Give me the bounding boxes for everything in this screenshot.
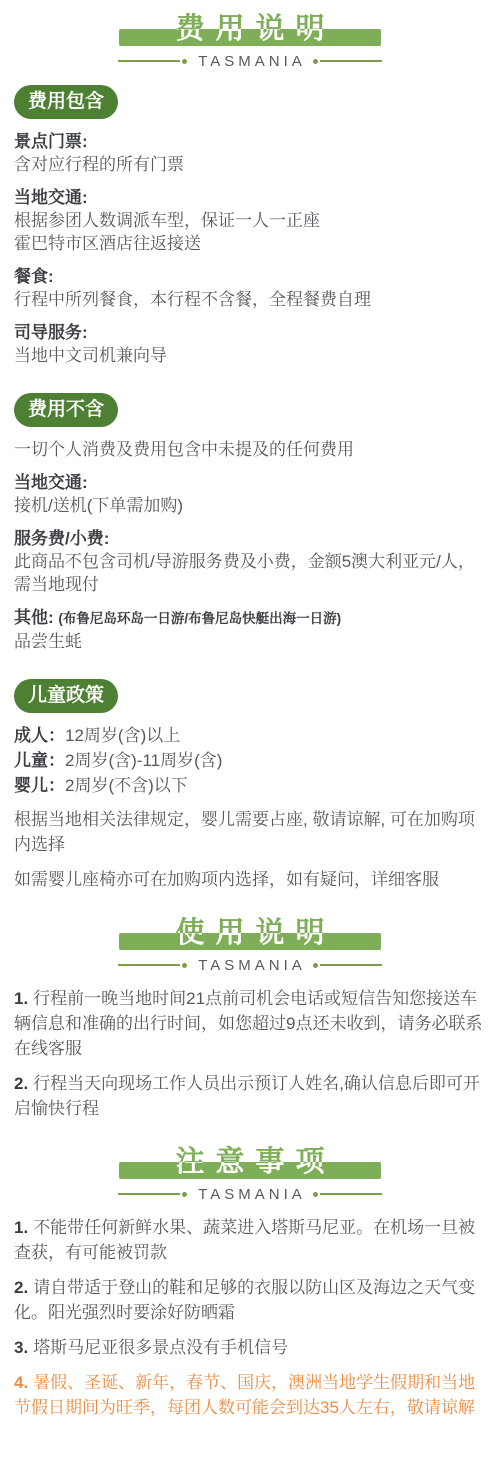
divider-line <box>320 1193 382 1195</box>
item-text: 暑假、圣诞、新年，春节、国庆，澳洲当地学生假期和当地节假日期间为旺季，每团人数可… <box>14 1373 475 1417</box>
group-line: 含对应行程的所有门票 <box>14 153 486 176</box>
age-value: 2周岁(含)-11周岁(含) <box>65 751 222 770</box>
child-policy-note: 如需婴儿座椅亦可在加购项内选择，如有疑问，详细客服 <box>14 867 486 892</box>
usage-items: 1.行程前一晚当地时间21点前司机会电话或短信告知您接送车辆信息和准确的出行时间… <box>0 986 500 1121</box>
divider-dot <box>313 59 318 64</box>
tasmania-divider: TASMANIA <box>0 957 500 973</box>
divider-dot <box>313 963 318 968</box>
numbered-item-highlighted: 4.暑假、圣诞、新年，春节、国庆，澳洲当地学生假期和当地节假日期间为旺季，每团人… <box>14 1370 486 1420</box>
item-text: 行程前一晚当地时间21点前司机会电话或短信告知您接送车辆信息和准确的出行时间，如… <box>14 989 482 1058</box>
divider-line <box>118 964 180 966</box>
group-heading: 服务费/小费: <box>14 527 486 550</box>
fee-exclude-intro: 一切个人消费及费用包含中未提及的任何费用 <box>14 438 486 461</box>
fee-include-badge: 费用包含 <box>14 85 118 119</box>
item-number: 1. <box>14 1218 28 1237</box>
age-row: 婴儿：2周岁(不含)以下 <box>14 774 486 797</box>
brand-label: TASMANIA <box>198 957 306 974</box>
tasmania-divider: TASMANIA <box>0 53 500 69</box>
section-title-notes: 注意事项 注意事项 <box>119 1141 381 1179</box>
group-heading: 餐食: <box>14 265 486 288</box>
group-heading: 景点门票: <box>14 130 486 153</box>
group-heading: 其他: (布鲁尼岛环岛一日游/布鲁尼岛快艇出海一日游) <box>14 606 486 630</box>
age-label: 成人： <box>14 726 65 745</box>
numbered-item: 1.行程前一晚当地时间21点前司机会电话或短信告知您接送车辆信息和准确的出行时间… <box>14 986 486 1061</box>
age-value: 2周岁(不含)以下 <box>65 776 188 795</box>
group-line: 当地中文司机兼向导 <box>14 344 486 367</box>
fee-exclude-group: 当地交通: 接机/送机(下单需加购) <box>14 471 486 517</box>
item-number: 4. <box>14 1373 28 1392</box>
section-notes: 注意事项 注意事项 TASMANIA 1.不能带任何新鲜水果、蔬菜进入塔斯马尼亚… <box>0 1141 500 1420</box>
fee-include-group: 餐食: 行程中所列餐食，本行程不含餐，全程餐费自理 <box>14 265 486 311</box>
fee-include-group: 当地交通: 根据参团人数调派车型，保证一人一正座 霍巴特市区酒店往返接送 <box>14 186 486 255</box>
group-line: 行程中所列餐食，本行程不含餐，全程餐费自理 <box>14 288 486 311</box>
item-number: 1. <box>14 989 28 1008</box>
group-heading: 司导服务: <box>14 321 486 344</box>
age-row: 儿童：2周岁(含)-11周岁(含) <box>14 749 486 772</box>
item-number: 2. <box>14 1278 28 1297</box>
divider-dot <box>182 963 187 968</box>
item-text: 行程当天向现场工作人员出示预订人姓名,确认信息后即可开启愉快行程 <box>14 1074 480 1118</box>
group-line: 此商品不包含司机/导游服务费及小费，金额5澳大利亚元/人，需当地现付 <box>14 550 486 596</box>
child-policy-badge: 儿童政策 <box>14 679 118 713</box>
group-heading-text: 其他: <box>14 608 54 627</box>
group-line: 霍巴特市区酒店往返接送 <box>14 232 486 255</box>
child-policy-note: 根据当地相关法律规定，婴儿需要占座, 敬请谅解, 可在加购项内选择 <box>14 807 486 857</box>
age-row: 成人：12周岁(含)以上 <box>14 724 486 747</box>
divider-line <box>320 60 382 62</box>
group-heading: 当地交通: <box>14 471 486 494</box>
divider-line <box>118 1193 180 1195</box>
section-title-usage: 使用说明 使用说明 <box>119 912 381 950</box>
brand-label: TASMANIA <box>198 53 306 70</box>
section-usage: 使用说明 使用说明 TASMANIA 1.行程前一晚当地时间21点前司机会电话或… <box>0 912 500 1121</box>
brand-label: TASMANIA <box>198 1186 306 1203</box>
divider-line <box>320 964 382 966</box>
section-fee: 费用说明 费用说明 TASMANIA 费用包含 景点门票: 含对应行程的所有门票… <box>0 8 500 892</box>
fee-include-group: 景点门票: 含对应行程的所有门票 <box>14 130 486 176</box>
group-line: 品尝生蚝 <box>14 630 486 653</box>
age-label: 儿童： <box>14 751 65 770</box>
item-number: 3. <box>14 1338 28 1357</box>
group-line: 根据参团人数调派车型，保证一人一正座 <box>14 209 486 232</box>
item-text: 塔斯马尼亚很多景点没有手机信号 <box>33 1338 288 1357</box>
divider-dot <box>182 1192 187 1197</box>
fee-exclude-group: 服务费/小费: 此商品不包含司机/导游服务费及小费，金额5澳大利亚元/人，需当地… <box>14 527 486 596</box>
notes-items: 1.不能带任何新鲜水果、蔬菜进入塔斯马尼亚。在机场一旦被查获，有可能被罚款 2.… <box>0 1215 500 1420</box>
numbered-item: 3.塔斯马尼亚很多景点没有手机信号 <box>14 1335 486 1360</box>
divider-dot <box>182 59 187 64</box>
numbered-item: 2.行程当天向现场工作人员出示预订人姓名,确认信息后即可开启愉快行程 <box>14 1071 486 1121</box>
fee-exclude-badge: 费用不含 <box>14 393 118 427</box>
item-number: 2. <box>14 1074 28 1093</box>
divider-line <box>118 60 180 62</box>
tasmania-divider: TASMANIA <box>0 1186 500 1202</box>
age-label: 婴儿： <box>14 776 65 795</box>
age-value: 12周岁(含)以上 <box>65 726 180 745</box>
fee-exclude-group: 其他: (布鲁尼岛环岛一日游/布鲁尼岛快艇出海一日游) 品尝生蚝 <box>14 606 486 653</box>
fee-content: 费用包含 景点门票: 含对应行程的所有门票 当地交通: 根据参团人数调派车型，保… <box>0 69 500 892</box>
numbered-item: 2.请自带适于登山的鞋和足够的衣服以防山区及海边之天气变化。阳光强烈时要涂好防晒… <box>14 1275 486 1325</box>
numbered-item: 1.不能带任何新鲜水果、蔬菜进入塔斯马尼亚。在机场一旦被查获，有可能被罚款 <box>14 1215 486 1265</box>
group-heading-note: (布鲁尼岛环岛一日游/布鲁尼岛快艇出海一日游) <box>58 611 341 626</box>
item-text: 请自带适于登山的鞋和足够的衣服以防山区及海边之天气变化。阳光强烈时要涂好防晒霜 <box>14 1278 475 1322</box>
divider-dot <box>313 1192 318 1197</box>
group-line: 接机/送机(下单需加购) <box>14 494 486 517</box>
fee-include-group: 司导服务: 当地中文司机兼向导 <box>14 321 486 367</box>
group-heading: 当地交通: <box>14 186 486 209</box>
section-title-fee: 费用说明 费用说明 <box>119 8 381 46</box>
fee-description-page: 费用说明 费用说明 TASMANIA 费用包含 景点门票: 含对应行程的所有门票… <box>0 0 500 1458</box>
item-text: 不能带任何新鲜水果、蔬菜进入塔斯马尼亚。在机场一旦被查获，有可能被罚款 <box>14 1218 475 1262</box>
